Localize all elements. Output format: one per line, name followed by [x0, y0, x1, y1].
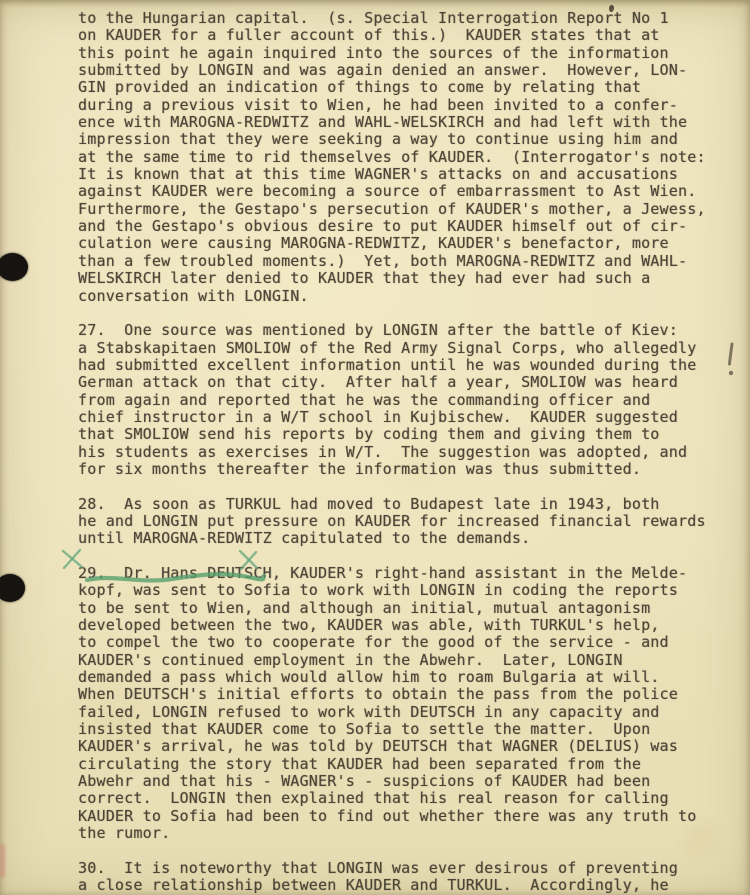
paragraph-30: 30. It is noteworthy that LONGIN was eve… [78, 860, 728, 895]
text-line: a close relationship between KAUDER and … [78, 877, 728, 894]
text-line: and the Gestapo's obvious desire to put … [78, 218, 728, 235]
text-line: conversation with LONGIN. [78, 288, 728, 305]
text-line: had submitted excellent information unti… [78, 357, 728, 374]
text-line: developed between the two, KAUDER was ab… [78, 617, 728, 634]
text-line: against KAUDER were becoming a source of… [78, 183, 728, 200]
text-line: from again and reported that he was the … [78, 392, 728, 409]
text-line: the rumor. [78, 825, 728, 842]
text-line: circulating the story that KAUDER had be… [78, 756, 728, 773]
text-line: kopf, was sent to Sofia to work with LON… [78, 582, 728, 599]
text-line: than a few troubled moments.) Yet, both … [78, 253, 728, 270]
text-line: to the Hungarian capital. (s. Special In… [78, 10, 728, 27]
text-line: to compel the two to cooperate for the g… [78, 634, 728, 651]
text-line: When DEUTSCH's initial efforts to obtain… [78, 686, 728, 703]
text-line: chief instructor in a W/T school in Kujb… [78, 409, 728, 426]
hole-punch-bottom [0, 574, 25, 602]
text-line: that SMOLIOW send his reports by coding … [78, 426, 728, 443]
margin-exclamation-mark [729, 344, 733, 375]
text-line: 28. As soon as TURKUL had moved to Budap… [78, 496, 728, 513]
text-line: at the same time to rid themselves of KA… [78, 149, 728, 166]
text-line: until MAROGNA-REDWITZ capitulated to the… [78, 530, 728, 547]
text-line: 29. Dr. Hans DEUTSCH, KAUDER's right-han… [78, 565, 728, 582]
text-line: during a previous visit to Wien, he had … [78, 97, 728, 114]
text-line: this point he again inquired into the so… [78, 45, 728, 62]
text-line: for six months thereafter the informatio… [78, 461, 728, 478]
text-line: 27. One source was mentioned by LONGIN a… [78, 322, 728, 339]
text-line: KAUDER to Sofia had been to find out whe… [78, 808, 728, 825]
text-line: submitted by LONGIN and was again denied… [78, 62, 728, 79]
text-line: he and LONGIN put pressure on KAUDER for… [78, 513, 728, 530]
text-line: to be sent to Wien, and although an init… [78, 600, 728, 617]
text-line: It is known that at this time WAGNER's a… [78, 166, 728, 183]
red-smudge [0, 844, 5, 878]
text-line: a Stabskapitaen SMOLIOW of the Red Army … [78, 340, 728, 357]
text-line: failed, LONGIN refused to work with DEUT… [78, 704, 728, 721]
text-line: on KAUDER for a fuller account of this.)… [78, 27, 728, 44]
text-line: his students as exercises in W/T. The su… [78, 444, 728, 461]
text-line: Abwehr and that his - WAGNER's - suspici… [78, 773, 728, 790]
paragraph-28: 28. As soon as TURKUL had moved to Budap… [78, 496, 728, 548]
text-line: KAUDER's continued employment in the Abw… [78, 652, 728, 669]
text-line: ence with MAROGNA-REDWITZ and WAHL-WELSK… [78, 114, 728, 131]
text-line: WELSKIRCH later denied to KAUDER that th… [78, 270, 728, 287]
text-line: Furthermore, the Gestapo's persecution o… [78, 201, 728, 218]
text-line: GIN provided an indication of things to … [78, 79, 728, 96]
text-line: 30. It is noteworthy that LONGIN was eve… [78, 860, 728, 877]
document-page: to the Hungarian capital. (s. Special In… [0, 0, 750, 895]
text-line: KAUDER's arrival, he was told by DEUTSCH… [78, 738, 728, 755]
paragraph-26-continuation: to the Hungarian capital. (s. Special In… [78, 10, 728, 305]
text-line: impression that they were seeking a way … [78, 131, 728, 148]
text-line: demanded a pass which would allow him to… [78, 669, 728, 686]
hole-punch-top-stem [0, 262, 10, 275]
paragraph-27: 27. One source was mentioned by LONGIN a… [78, 322, 728, 478]
text-line: insisted that KAUDER come to Sofia to se… [78, 721, 728, 738]
text-line: culation were causing MAROGNA-REDWITZ, K… [78, 235, 728, 252]
text-line: correct. LONGIN then explained that his … [78, 790, 728, 807]
text-line: German attack on that city. After half a… [78, 374, 728, 391]
paragraph-29: 29. Dr. Hans DEUTSCH, KAUDER's right-han… [78, 565, 728, 843]
document-text: to the Hungarian capital. (s. Special In… [78, 0, 728, 895]
